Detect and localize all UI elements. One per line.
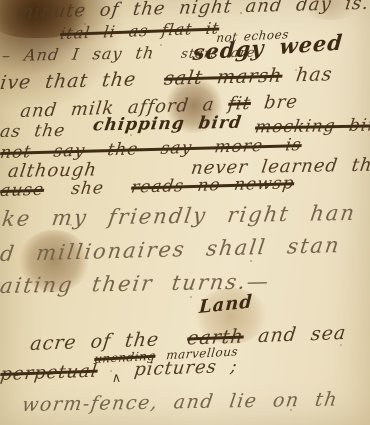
insertion-land: Land <box>198 291 254 318</box>
caret-mark: ∧ <box>111 371 121 386</box>
insertion-chipping-bird: chipping bird <box>91 113 243 136</box>
struck-text: fit <box>227 93 252 115</box>
manuscript-line-10: ke my friendly right han <box>2 201 356 231</box>
line-text: – And I say th <box>1 43 156 65</box>
struck-text: mocking bird, <box>253 115 370 137</box>
struck-text: reads no newsp <box>130 173 296 197</box>
struck-text: salt marsh <box>163 65 284 90</box>
manuscript-page: minute of the night and day is. ch ital … <box>0 0 370 425</box>
struck-text: ause <box>0 180 45 201</box>
manuscript-line-16: worm-fence, and lie on th <box>22 388 338 416</box>
manuscript-line-4: ive that the salt marsh has <box>0 63 333 94</box>
manuscript-line-11: d millionaires shall stan <box>0 233 341 266</box>
manuscript-line-15: perpetual ∧ pictures ; <box>0 356 238 390</box>
struck-text: perpetual <box>0 361 99 385</box>
